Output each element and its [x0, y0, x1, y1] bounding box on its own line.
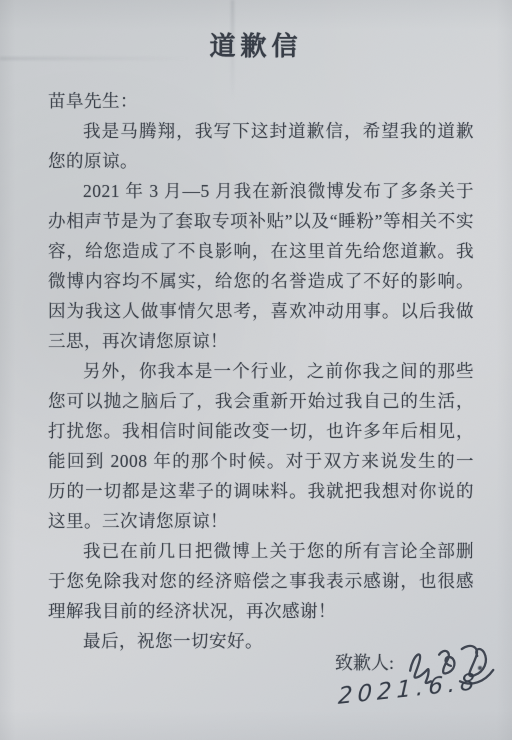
- letter-line: 这里。三次请您原谅！: [48, 506, 474, 536]
- letter-line: 您的原谅。: [48, 146, 474, 176]
- letter-line: 于您免除我对您的经济赔偿之事我表示感谢，也很感谢您能: [48, 566, 474, 596]
- letter-line: 您可以抛之脑后了，我会重新开始过我自己的生活，我不会: [48, 386, 474, 416]
- letter-line: 打扰您。我相信时间能改变一切，也许多年后相见，我们还: [48, 416, 474, 446]
- letter-line: 历的一切都是这辈子的调味料。我就把我想对你说的话写在: [48, 476, 474, 506]
- letter-line: 办相声节是为了套取专项补贴”以及“睡粉”等相关不实内: [48, 206, 474, 236]
- letter-line: 我已在前几日把微博上关于您的所有言论全部删除，对: [48, 536, 474, 566]
- letter-line: 容，给您造成了不良影响，在这里首先给您道歉。我发布的: [48, 236, 474, 266]
- letter-line: 苗阜先生：: [48, 86, 474, 116]
- letter-line: 微博内容均不属实，给您的名誉造成了不好的影响。这都是: [48, 266, 474, 296]
- letter-title: 道歉信: [0, 26, 512, 63]
- letter-body: 苗阜先生：我是马腾翔，我写下这封道歉信，希望我的道歉能得到您的原谅。2021 年…: [48, 86, 474, 656]
- signature-label: 致歉人:: [335, 650, 394, 676]
- letter-line: 因为我这人做事情欠思考，喜欢冲动用事。以后我做事一定: [48, 296, 474, 326]
- letter-line: 三思，再次请您原谅！: [48, 326, 474, 356]
- letter-line: 能回到 2008 年的那个时候。对于双方来说发生的一切，经: [48, 446, 474, 476]
- letter-line: 2021 年 3 月—5 月我在新浪微博发布了多条关于您“举: [48, 176, 474, 206]
- letter-line: 理解我目前的经济状况，再次感谢！: [48, 596, 474, 626]
- letter-line: 另外，你我本是一个行业，之前你我之间的那些不愉快: [48, 356, 474, 386]
- letter-line: 我是马腾翔，我写下这封道歉信，希望我的道歉能得到: [48, 116, 474, 146]
